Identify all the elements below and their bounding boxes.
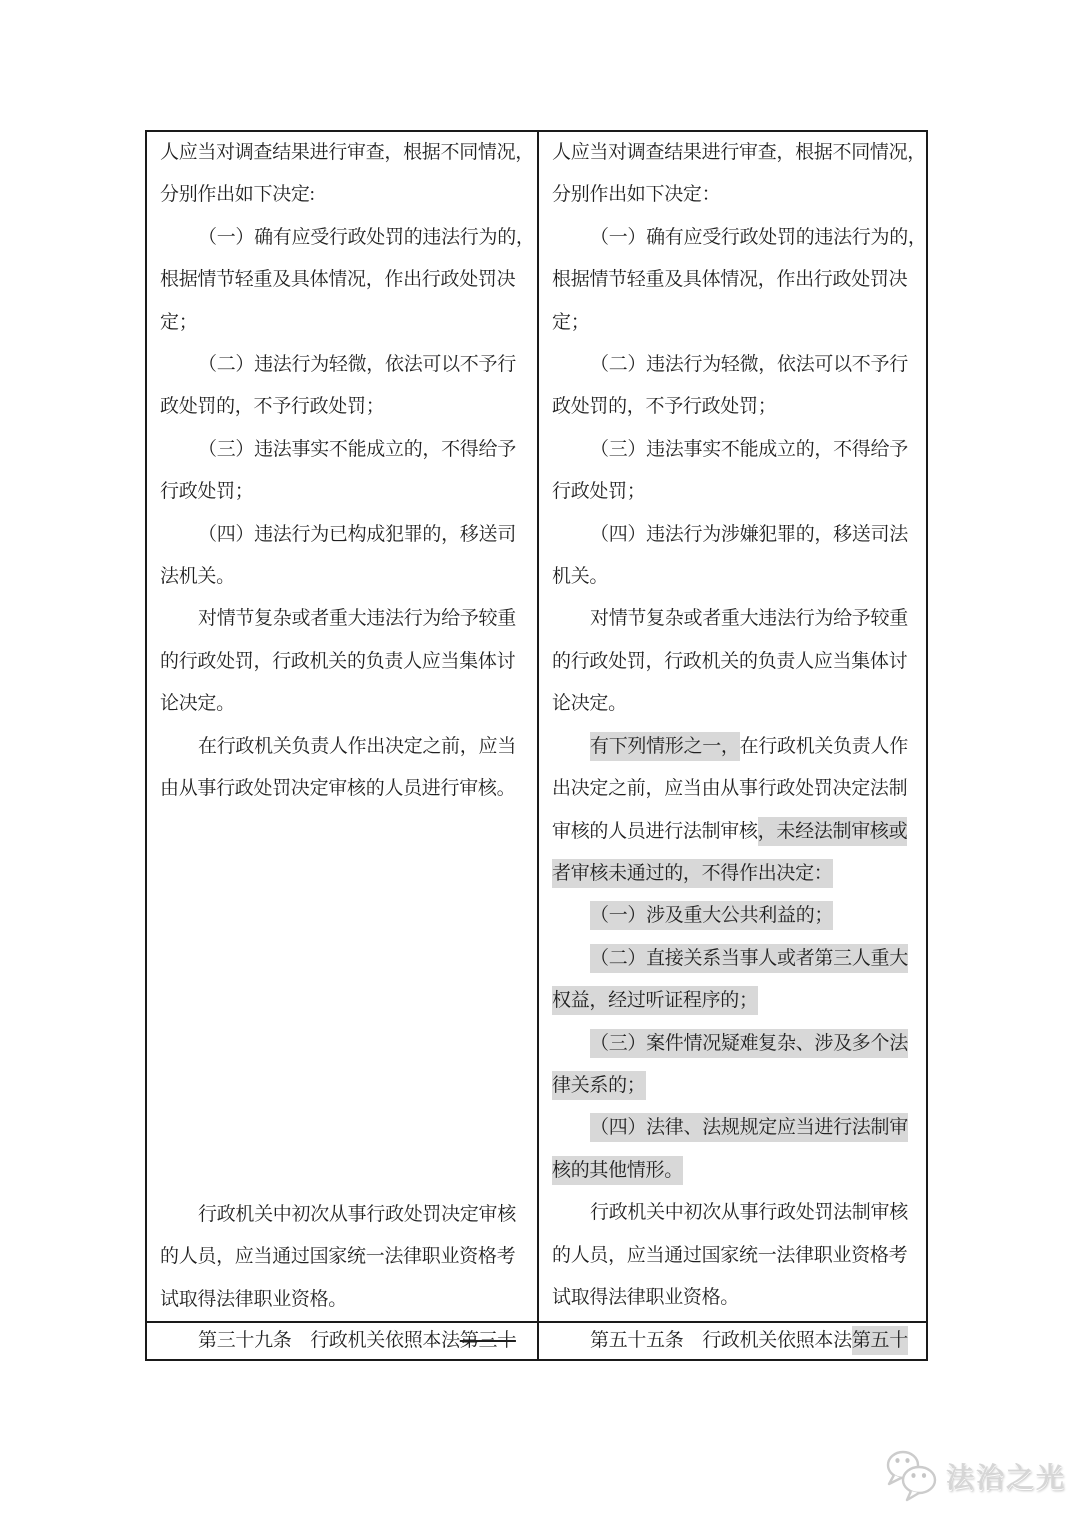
text-line: 定； xyxy=(160,302,531,344)
text-segment: 对情节复杂或者重大违法行为给予较重 xyxy=(198,608,516,629)
text-line: 权益，经过听证程序的； xyxy=(552,980,920,1022)
text-line: 的行政处罚，行政机关的负责人应当集体讨 xyxy=(160,641,531,683)
text-segment: 定； xyxy=(552,312,589,333)
highlighted-text-segment: 权益，经过听证程序的； xyxy=(552,986,758,1015)
text-segment: （二）违法行为轻微，依法可以不予行 xyxy=(590,354,908,375)
text-segment: 分别作出如下决定: xyxy=(160,184,315,205)
text-segment: 行政机关中初次从事行政处罚法制审核 xyxy=(590,1202,908,1223)
text-line: （二）直接关系当事人或者第三人重大 xyxy=(552,938,920,980)
text-segment: （三）违法事实不能成立的，不得给予 xyxy=(590,439,908,460)
text-line: 律关系的； xyxy=(552,1065,920,1107)
text-line: 的人员，应当通过国家统一法律职业资格考 xyxy=(552,1235,920,1277)
text-segment: （一）确有应受行政处罚的违法行为的， xyxy=(590,227,926,248)
text-line: 对情节复杂或者重大违法行为给予较重 xyxy=(552,598,920,640)
text-segment: 试取得法律职业资格。 xyxy=(552,1287,739,1308)
text-line: 行政处罚； xyxy=(160,471,531,513)
text-line: 试取得法律职业资格。 xyxy=(160,1279,531,1321)
text-segment: 的人员，应当通过国家统一法律职业资格考 xyxy=(552,1245,907,1266)
text-segment: 在行政机关负责人作出决定之前，应当 xyxy=(198,736,516,757)
highlighted-text-segment: （四）法律、法规规定应当进行法制审 xyxy=(590,1113,908,1142)
highlighted-text-segment: ，未经法制审核或 xyxy=(758,817,908,846)
highlighted-text-segment: （二）直接关系当事人或者第三人重大 xyxy=(590,944,908,973)
highlighted-text-segment: 第五十 xyxy=(852,1326,908,1355)
watermark-label: 法治之光 xyxy=(946,1456,1066,1496)
highlighted-text-segment: （三）案件情况疑难复杂、涉及多个法 xyxy=(590,1029,908,1058)
highlighted-text-segment: 有下列情形之一， xyxy=(590,732,740,761)
text-line: 有下列情形之一，在行政机关负责人作 xyxy=(552,726,920,768)
text-segment: （四）违法行为涉嫌犯罪的，移送司法 xyxy=(590,524,908,545)
text-segment: 对情节复杂或者重大违法行为给予较重 xyxy=(590,608,908,629)
text-line: （三）违法事实不能成立的，不得给予 xyxy=(552,429,920,471)
text-line: 行政处罚； xyxy=(552,471,920,513)
text-segment: 试取得法律职业资格。 xyxy=(160,1289,347,1310)
text-line: 定； xyxy=(552,302,920,344)
text-line: 试取得法律职业资格。 xyxy=(552,1277,920,1319)
text-line: （四）违法行为已构成犯罪的，移送司 xyxy=(160,514,531,556)
highlighted-text-segment: （一）涉及重大公共利益的； xyxy=(590,901,833,930)
text-line: 论决定。 xyxy=(160,683,531,725)
text-segment: 的行政处罚，行政机关的负责人应当集体讨 xyxy=(160,651,515,672)
watermark: 法治之光 xyxy=(884,1448,1066,1504)
text-segment: 根据情节轻重及具体情况，作出行政处罚决 xyxy=(160,269,515,290)
right-footer-article-cell: 第五十五条 行政机关依照本法第五十 xyxy=(539,1323,926,1359)
text-segment: 第三十九条 行政机关依照本法 xyxy=(198,1330,460,1351)
struck-through-text-segment: 第三十 xyxy=(460,1330,516,1351)
left-column-bottom-paragraph: 行政机关中初次从事行政处罚决定审核的人员，应当通过国家统一法律职业资格考试取得法… xyxy=(160,1194,531,1321)
text-line: 人应当对调查结果进行审查，根据不同情况， xyxy=(160,132,531,174)
text-segment: 政处罚的，不予行政处罚； xyxy=(552,396,776,417)
text-segment: 政处罚的，不予行政处罚； xyxy=(160,396,384,417)
text-line: （四）法律、法规规定应当进行法制审 xyxy=(552,1107,920,1149)
table-main-row: 人应当对调查结果进行审查，根据不同情况，分别作出如下决定:（一）确有应受行政处罚… xyxy=(147,132,926,1321)
text-segment: 的人员，应当通过国家统一法律职业资格考 xyxy=(160,1246,515,1267)
right-column-paragraphs: 人应当对调查结果进行审查，根据不同情况，分别作出如下决定：（一）确有应受行政处罚… xyxy=(552,132,920,1319)
text-segment: 论决定。 xyxy=(552,693,627,714)
text-segment: 行政处罚； xyxy=(552,481,646,502)
text-line: 第五十五条 行政机关依照本法第五十 xyxy=(552,1324,920,1358)
text-line: 审核的人员进行法制审核，未经法制审核或 xyxy=(552,811,920,853)
text-segment: 由从事行政处罚决定审核的人员进行审核。 xyxy=(160,778,515,799)
text-segment: 行政机关中初次从事行政处罚决定审核 xyxy=(198,1204,516,1225)
table-footer-row: 第三十九条 行政机关依照本法第三十 第五十五条 行政机关依照本法第五十 xyxy=(147,1321,926,1359)
left-column-old-law-cell: 人应当对调查结果进行审查，根据不同情况，分别作出如下决定:（一）确有应受行政处罚… xyxy=(147,132,539,1321)
text-line: 论决定。 xyxy=(552,683,920,725)
text-line: 在行政机关负责人作出决定之前，应当 xyxy=(160,726,531,768)
text-line: 的行政处罚，行政机关的负责人应当集体讨 xyxy=(552,641,920,683)
text-line: 出决定之前，应当由从事行政处罚决定法制 xyxy=(552,768,920,810)
text-line: 根据情节轻重及具体情况，作出行政处罚决 xyxy=(552,259,920,301)
right-column-new-law-cell: 人应当对调查结果进行审查，根据不同情况，分别作出如下决定：（一）确有应受行政处罚… xyxy=(539,132,926,1321)
text-line: （一）确有应受行政处罚的违法行为的， xyxy=(552,217,920,259)
wechat-chat-bubbles-icon xyxy=(884,1448,938,1504)
text-line: 的人员，应当通过国家统一法律职业资格考 xyxy=(160,1236,531,1278)
law-comparison-table: 人应当对调查结果进行审查，根据不同情况，分别作出如下决定:（一）确有应受行政处罚… xyxy=(145,130,928,1361)
text-segment: 根据情节轻重及具体情况，作出行政处罚决 xyxy=(552,269,907,290)
text-line: （三）案件情况疑难复杂、涉及多个法 xyxy=(552,1023,920,1065)
text-segment: 的行政处罚，行政机关的负责人应当集体讨 xyxy=(552,651,907,672)
text-line: （二）违法行为轻微，依法可以不予行 xyxy=(552,344,920,386)
left-column-top-paragraphs: 人应当对调查结果进行审查，根据不同情况，分别作出如下决定:（一）确有应受行政处罚… xyxy=(160,132,531,811)
text-line: 根据情节轻重及具体情况，作出行政处罚决 xyxy=(160,259,531,301)
text-segment: 第五十五条 行政机关依照本法 xyxy=(590,1330,852,1351)
text-line: 第三十九条 行政机关依照本法第三十 xyxy=(160,1324,531,1358)
highlighted-text-segment: 核的其他情形。 xyxy=(552,1156,683,1185)
left-footer-article-cell: 第三十九条 行政机关依照本法第三十 xyxy=(147,1323,539,1359)
text-segment: 在行政机关负责人作 xyxy=(740,736,908,757)
text-line: （一）确有应受行政处罚的违法行为的， xyxy=(160,217,531,259)
text-line: 由从事行政处罚决定审核的人员进行审核。 xyxy=(160,768,531,810)
text-line: 者审核未通过的，不得作出决定： xyxy=(552,853,920,895)
text-segment: 人应当对调查结果进行审查，根据不同情况， xyxy=(160,142,534,163)
text-line: （一）涉及重大公共利益的； xyxy=(552,895,920,937)
text-line: 政处罚的，不予行政处罚； xyxy=(160,386,531,428)
text-segment: 出决定之前，应当由从事行政处罚决定法制 xyxy=(552,778,907,799)
text-line: （三）违法事实不能成立的，不得给予 xyxy=(160,429,531,471)
left-column-empty-space xyxy=(160,811,531,1194)
text-segment: 法机关。 xyxy=(160,566,235,587)
text-segment: 行政处罚； xyxy=(160,481,254,502)
text-segment: （一）确有应受行政处罚的违法行为的， xyxy=(198,227,535,248)
text-segment: 机关。 xyxy=(552,566,608,587)
text-segment: 人应当对调查结果进行审查，根据不同情况， xyxy=(552,142,926,163)
text-segment: （三）违法事实不能成立的，不得给予 xyxy=(198,439,516,460)
text-line: 分别作出如下决定: xyxy=(160,174,531,216)
text-line: 人应当对调查结果进行审查，根据不同情况， xyxy=(552,132,920,174)
text-line: 政处罚的，不予行政处罚； xyxy=(552,386,920,428)
text-segment: 论决定。 xyxy=(160,693,235,714)
highlighted-text-segment: 律关系的； xyxy=(552,1071,646,1100)
text-line: 行政机关中初次从事行政处罚法制审核 xyxy=(552,1192,920,1234)
text-line: 机关。 xyxy=(552,556,920,598)
text-line: （二）违法行为轻微，依法可以不予行 xyxy=(160,344,531,386)
text-line: 法机关。 xyxy=(160,556,531,598)
text-segment: （二）违法行为轻微，依法可以不予行 xyxy=(198,354,516,375)
text-segment: （四）违法行为已构成犯罪的，移送司 xyxy=(198,524,516,545)
text-line: 行政机关中初次从事行政处罚决定审核 xyxy=(160,1194,531,1236)
text-line: 核的其他情形。 xyxy=(552,1150,920,1192)
text-line: 对情节复杂或者重大违法行为给予较重 xyxy=(160,598,531,640)
text-segment: 定； xyxy=(160,312,197,333)
text-line: 分别作出如下决定： xyxy=(552,174,920,216)
text-segment: 审核的人员进行法制审核 xyxy=(552,821,758,842)
highlighted-text-segment: 者审核未通过的，不得作出决定： xyxy=(552,859,833,888)
text-line: （四）违法行为涉嫌犯罪的，移送司法 xyxy=(552,514,920,556)
text-segment: 分别作出如下决定： xyxy=(552,184,720,205)
